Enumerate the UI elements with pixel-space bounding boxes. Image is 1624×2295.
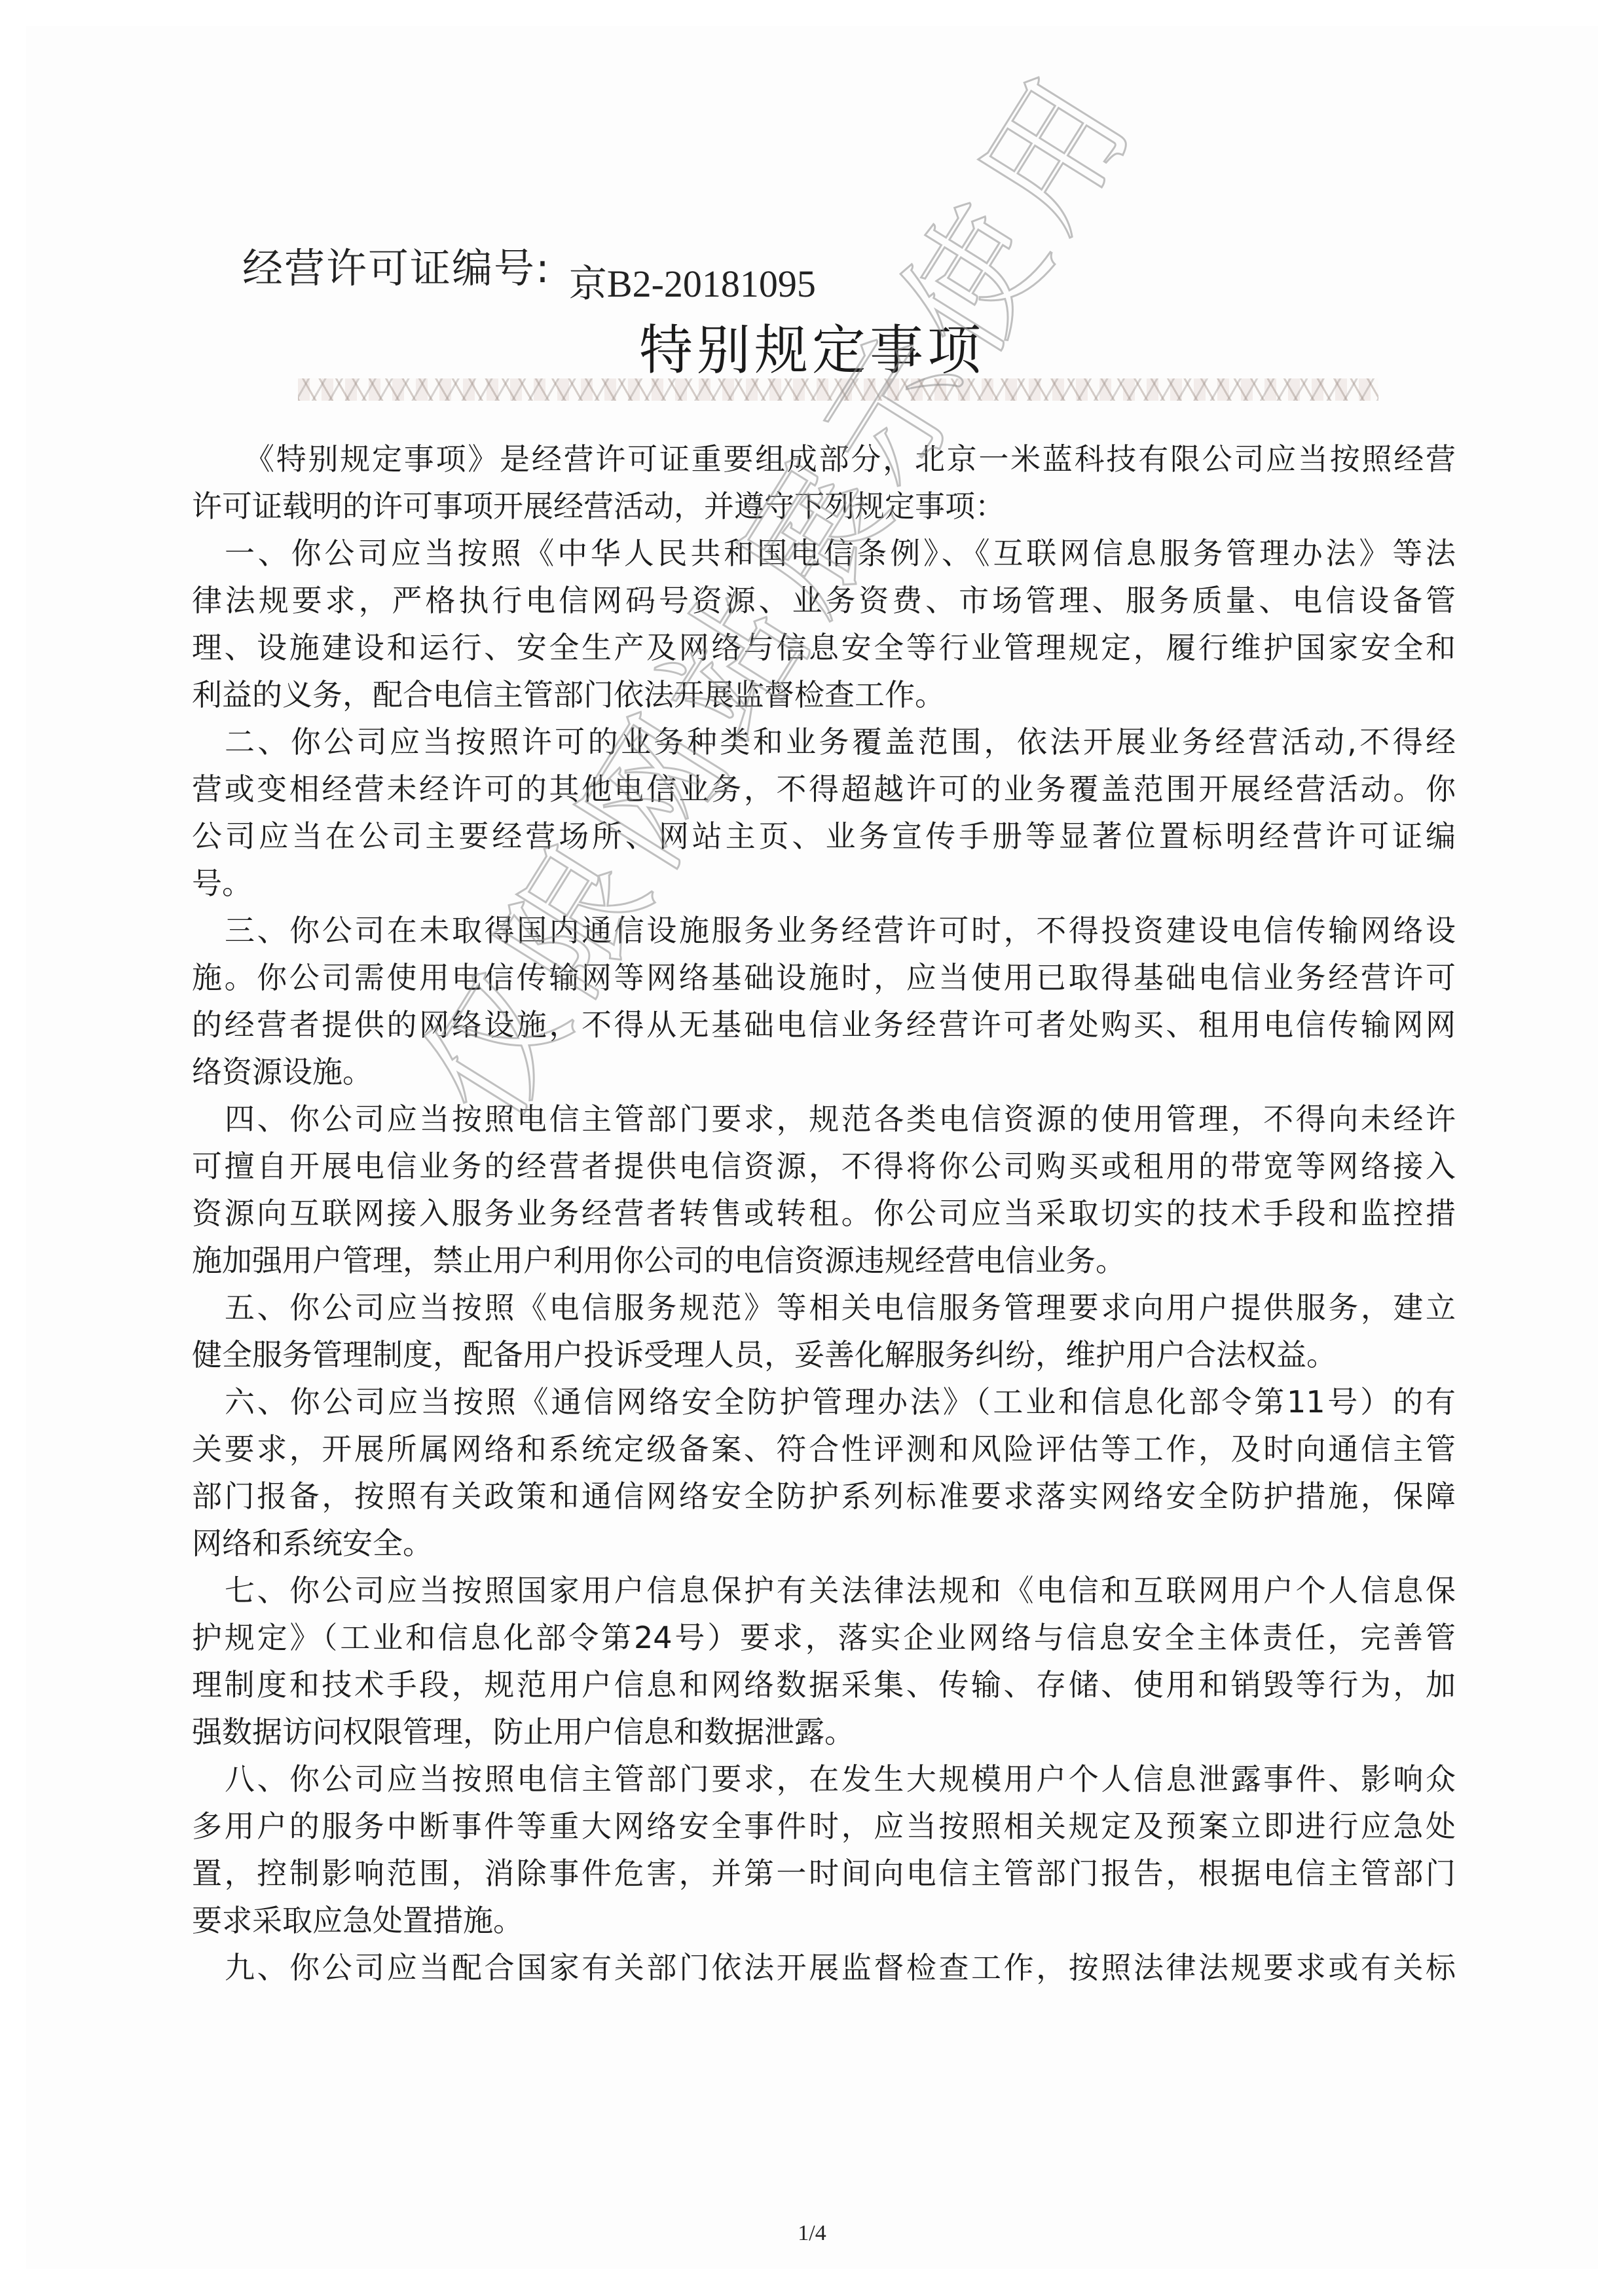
body-line: 施加强用户管理，禁止用户利用你公司的电信资源违规经营电信业务。: [192, 1237, 1456, 1284]
license-number-line: 经营许可证编号:京B2-20181095: [242, 236, 816, 294]
document-title: 特别规定事项: [0, 308, 1624, 384]
body-line: 号。: [192, 860, 1456, 907]
body-line: 律法规要求，严格执行电信网码号资源、业务资费、市场管理、服务质量、电信设备管: [192, 577, 1456, 624]
body-line: 四、你公司应当按照电信主管部门要求，规范各类电信资源的使用管理，不得向未经许: [192, 1095, 1456, 1143]
body-line: 护规定》（工业和信息化部令第24号）要求，落实企业网络与信息安全主体责任，完善管: [192, 1614, 1456, 1661]
license-number: 京B2-20181095: [569, 263, 816, 305]
body-line: 五、你公司应当按照《电信服务规范》等相关电信服务管理要求向用户提供服务，建立: [192, 1284, 1456, 1331]
body-line: 理、设施建设和运行、安全生产及网络与信息安全等行业管理规定，履行维护国家安全和: [192, 624, 1456, 671]
body-line: 的经营者提供的网络设施，不得从无基础电信业务经营许可者处购买、租用电信传输网网: [192, 1001, 1456, 1048]
body-line: 九、你公司应当配合国家有关部门依法开展监督检查工作，按照法律法规要求或有关标: [192, 1944, 1456, 1991]
body-line: 公司应当在公司主要经营场所、网站主页、业务宣传手册等显著位置标明经营许可证编: [192, 813, 1456, 860]
body-line: 要求采取应急处置措施。: [192, 1897, 1456, 1944]
body-line: 利益的义务，配合电信主管部门依法开展监督检查工作。: [192, 671, 1456, 718]
body-line: 关要求，开展所属网络和系统定级备案、符合性评测和风险评估等工作，及时向通信主管: [192, 1425, 1456, 1473]
body-line: 网络和系统安全。: [192, 1520, 1456, 1567]
license-label: 经营许可证编号:: [242, 244, 551, 292]
body-line: 三、你公司在未取得国内通信设施服务业务经营许可时，不得投资建设电信传输网络设: [192, 907, 1456, 954]
body-line: 七、你公司应当按照国家用户信息保护有关法律法规和《电信和互联网用户个人信息保: [192, 1567, 1456, 1614]
page-number: 1/4: [0, 2221, 1624, 2246]
body-line: 二、你公司应当按照许可的业务种类和业务覆盖范围，依法开展业务经营活动,不得经: [192, 718, 1456, 765]
body-line: 健全服务管理制度，配备用户投诉受理人员，妥善化解服务纠纷，维护用户合法权益。: [192, 1331, 1456, 1378]
body-line: 《特别规定事项》是经营许可证重要组成部分，北京一米蓝科技有限公司应当按照经营: [192, 435, 1456, 483]
decorative-border-divider: [298, 378, 1378, 401]
document-body: 《特别规定事项》是经营许可证重要组成部分，北京一米蓝科技有限公司应当按照经营许可…: [192, 435, 1456, 1991]
body-line: 置，控制影响范围，消除事件危害，并第一时间向电信主管部门报告，根据电信主管部门: [192, 1850, 1456, 1897]
body-line: 理制度和技术手段，规范用户信息和网络数据采集、传输、存储、使用和销毁等行为，加: [192, 1661, 1456, 1708]
body-line: 施。你公司需使用电信传输网等网络基础设施时，应当使用已取得基础电信业务经营许可: [192, 954, 1456, 1001]
body-line: 络资源设施。: [192, 1048, 1456, 1095]
body-line: 多用户的服务中断事件等重大网络安全事件时，应当按照相关规定及预案立即进行应急处: [192, 1803, 1456, 1850]
body-line: 许可证载明的许可事项开展经营活动，并遵守下列规定事项：: [192, 483, 1456, 530]
body-line: 可擅自开展电信业务的经营者提供电信资源，不得将你公司购买或租用的带宽等网络接入: [192, 1143, 1456, 1190]
body-line: 部门报备，按照有关政策和通信网络安全防护系列标准要求落实网络安全防护措施，保障: [192, 1473, 1456, 1520]
body-line: 强数据访问权限管理，防止用户信息和数据泄露。: [192, 1708, 1456, 1755]
body-line: 一、你公司应当按照《中华人民共和国电信条例》、《互联网信息服务管理办法》等法: [192, 530, 1456, 577]
body-line: 六、你公司应当按照《通信网络安全防护管理办法》（工业和信息化部令第11号）的有: [192, 1378, 1456, 1425]
body-line: 资源向互联网接入服务业务经营者转售或转租。你公司应当采取切实的技术手段和监控措: [192, 1190, 1456, 1237]
body-line: 营或变相经营未经许可的其他电信业务，不得超越许可的业务覆盖范围开展经营活动。你: [192, 765, 1456, 813]
body-line: 八、你公司应当按照电信主管部门要求，在发生大规模用户个人信息泄露事件、影响众: [192, 1755, 1456, 1803]
